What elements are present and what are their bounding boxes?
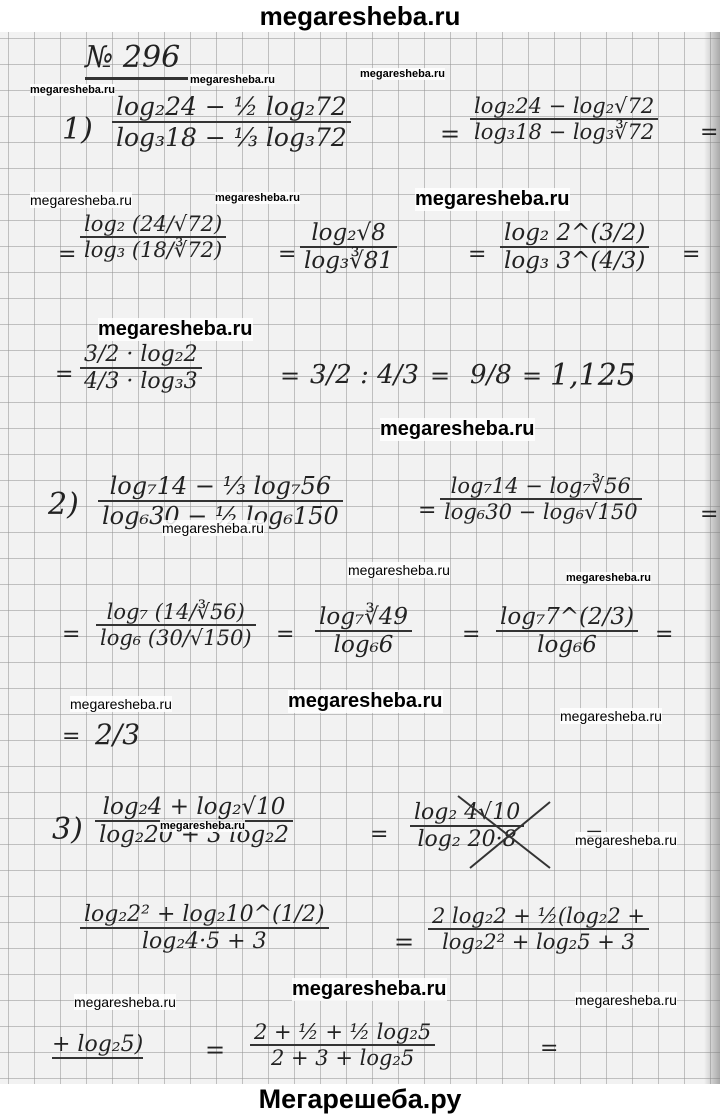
part2-step3: log₇ (14/∛56) log₆ (30/√150) bbox=[96, 600, 256, 650]
part3-step4: 2 log₂2 + ½(log₂2 + log₂2² + log₂5 + 3 bbox=[428, 904, 649, 954]
equals-sign: = bbox=[418, 498, 436, 523]
numerator: log₂ (24/√72) bbox=[80, 212, 226, 236]
page-edge-shadow bbox=[704, 32, 720, 1084]
equals-sign: = bbox=[62, 724, 80, 749]
part3-step4-continuation: + log₂5) bbox=[52, 1032, 143, 1059]
part3-step5: 2 + ½ + ½ log₂5 2 + 3 + log₂5 bbox=[250, 1020, 435, 1070]
numerator: log₂2² + log₂10^(1/2) bbox=[80, 902, 329, 927]
site-header[interactable]: megaresheba.ru bbox=[0, 0, 720, 32]
equals-sign: = bbox=[700, 502, 718, 527]
numerator: 2 log₂2 + ½(log₂2 + bbox=[428, 904, 649, 928]
part2-step4: log₇∛49 log₆6 bbox=[315, 604, 412, 658]
numerator: log₇14 − log₇∛56 bbox=[447, 474, 635, 498]
equals-sign: = bbox=[682, 242, 700, 267]
crossed-out-strike bbox=[450, 792, 560, 872]
watermark: megaresheba.ru bbox=[380, 418, 535, 441]
part1-step6: 3/2 · log₂2 4/3 · log₃3 bbox=[80, 342, 202, 394]
equals-sign: = bbox=[468, 242, 486, 267]
watermark: megaresheba.ru bbox=[292, 978, 447, 1001]
watermark: megaresheba.ru bbox=[190, 74, 275, 86]
equals-sign: = bbox=[205, 1036, 225, 1064]
numerator: 3/2 · log₂2 bbox=[80, 342, 202, 367]
numerator: log₂24 − log₂√72 bbox=[470, 94, 658, 118]
equals-sign: = bbox=[370, 822, 388, 847]
equals-sign: = bbox=[280, 362, 300, 390]
part2-label: 2) bbox=[48, 487, 79, 522]
equals-sign: = bbox=[278, 242, 296, 267]
numerator: log₂24 − ½ log₂72 bbox=[112, 92, 351, 121]
watermark: megaresheba.ru bbox=[560, 708, 662, 724]
denominator: 4/3 · log₃3 bbox=[80, 369, 202, 394]
denominator: log₃∛81 bbox=[300, 248, 397, 274]
part1-step2: log₂24 − log₂√72 log₃18 − log₃∛72 bbox=[470, 94, 658, 144]
equals-sign: = bbox=[58, 242, 76, 267]
equals-sign: = bbox=[62, 622, 80, 647]
part1-label: 1) bbox=[62, 112, 93, 147]
watermark: megaresheba.ru bbox=[30, 192, 132, 208]
equals-sign: = bbox=[440, 120, 460, 148]
part1-step1: log₂24 − ½ log₂72 log₃18 − ⅓ log₃72 bbox=[112, 92, 351, 152]
equals-sign: = bbox=[540, 1036, 558, 1061]
part1-step4: log₂√8 log₃∛81 bbox=[300, 220, 397, 274]
denominator: log₂2² + log₂5 + 3 bbox=[438, 930, 639, 954]
numerator: log₇14 − ⅓ log₇56 bbox=[106, 472, 336, 500]
equals-sign: = bbox=[394, 928, 414, 956]
numerator: log₂√8 bbox=[307, 220, 389, 246]
denominator: log₃ 3^(4/3) bbox=[500, 248, 649, 274]
equals-sign: = bbox=[700, 120, 718, 145]
equals-sign: = bbox=[522, 362, 542, 390]
denominator: 2 + 3 + log₂5 bbox=[267, 1046, 418, 1070]
notebook-page: № 296 1) log₂24 − ½ log₂72 log₃18 − ⅓ lo… bbox=[0, 32, 720, 1084]
numerator: log₂ 2^(3/2) bbox=[500, 220, 649, 246]
part1-step8: 9/8 bbox=[470, 360, 512, 390]
watermark: megaresheba.ru bbox=[30, 84, 115, 96]
watermark: megaresheba.ru bbox=[575, 832, 677, 848]
denominator: log₆6 bbox=[533, 632, 601, 658]
denominator: log₆6 bbox=[330, 632, 398, 658]
watermark: megaresheba.ru bbox=[288, 690, 443, 713]
numerator: log₇ (14/∛56) bbox=[103, 600, 249, 624]
watermark: megaresheba.ru bbox=[98, 318, 253, 341]
denominator: log₃18 − ⅓ log₃72 bbox=[112, 123, 351, 152]
denominator: log₂4·5 + 3 bbox=[138, 929, 271, 954]
site-footer[interactable]: Мегарешеба.ру bbox=[0, 1084, 720, 1116]
denominator: log₃ (18/∛72) bbox=[80, 238, 226, 262]
numerator: log₂4 + log₂√10 bbox=[99, 794, 290, 820]
watermark: megaresheba.ru bbox=[162, 520, 264, 536]
numerator: log₇7^(2/3) bbox=[496, 604, 638, 630]
watermark: megaresheba.ru bbox=[74, 994, 176, 1010]
watermark: megaresheba.ru bbox=[575, 992, 677, 1008]
numerator: 2 + ½ + ½ log₂5 bbox=[250, 1020, 435, 1044]
watermark: megaresheba.ru bbox=[348, 562, 450, 578]
denominator: log₆30 − log₆√150 bbox=[440, 500, 642, 524]
denominator: log₆ (30/√150) bbox=[96, 626, 256, 650]
equals-sign: = bbox=[462, 622, 480, 647]
part3-label: 3) bbox=[52, 812, 83, 847]
part3-step3: log₂2² + log₂10^(1/2) log₂4·5 + 3 bbox=[80, 902, 329, 954]
denominator: log₃18 − log₃∛72 bbox=[470, 120, 658, 144]
equals-sign: = bbox=[655, 622, 673, 647]
problem-number: № 296 bbox=[85, 40, 188, 80]
part2-result: 2/3 bbox=[95, 718, 140, 751]
watermark: megaresheba.ru bbox=[215, 192, 300, 204]
part1-result: 1,125 bbox=[550, 358, 636, 393]
part2-step5: log₇7^(2/3) log₆6 bbox=[496, 604, 638, 658]
equals-sign: = bbox=[430, 362, 450, 390]
equals-sign: = bbox=[55, 362, 73, 387]
watermark: megaresheba.ru bbox=[160, 820, 245, 832]
watermark: megaresheba.ru bbox=[566, 572, 651, 584]
part1-step7: 3/2 : 4/3 bbox=[310, 360, 419, 390]
watermark: megaresheba.ru bbox=[360, 68, 445, 80]
part2-step2: log₇14 − log₇∛56 log₆30 − log₆√150 bbox=[440, 474, 642, 524]
equals-sign: = bbox=[276, 622, 294, 647]
part1-step3: log₂ (24/√72) log₃ (18/∛72) bbox=[80, 212, 226, 262]
watermark: megaresheba.ru bbox=[70, 696, 172, 712]
numerator: log₇∛49 bbox=[315, 604, 412, 630]
watermark: megaresheba.ru bbox=[415, 188, 570, 211]
part1-step5: log₂ 2^(3/2) log₃ 3^(4/3) bbox=[500, 220, 649, 274]
